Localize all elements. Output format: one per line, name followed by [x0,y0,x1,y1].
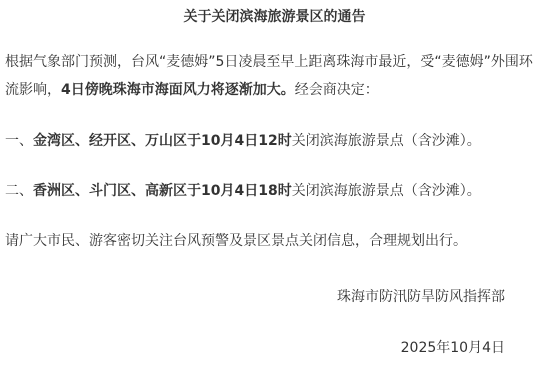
item-1-bold-text: 金湾区、经开区、万山区于10月4日12时 [33,133,292,149]
item-2-text: 关闭滨海旅游景点（含沙滩）。 [292,183,481,199]
notice-item-1: 一、金湾区、经开区、万山区于10月4日12时关闭滨海旅游景点（含沙滩）。 [5,127,535,155]
item-2-bold-text: 香洲区、斗门区、高新区于10月4日18时 [33,183,292,199]
notice-advice-paragraph: 请广大市民、游客密切关注台风预警及景区景点关闭信息，合理规划出行。 [5,227,535,255]
issuing-organization: 珠海市防汛防旱防风指挥部 [337,287,505,307]
intro-bold-text: 4日傍晚珠海市海面风力将逐渐加大。 [61,82,295,98]
item-1-prefix: 一、 [5,133,33,149]
notice-title: 关于关闭滨海旅游景区的通告 [0,7,549,27]
notice-item-2: 二、香洲区、斗门区、高新区于10月4日18时关闭滨海旅游景点（含沙滩）。 [5,177,535,205]
item-1-text: 关闭滨海旅游景点（含沙滩）。 [292,133,481,149]
item-2-prefix: 二、 [5,183,33,199]
intro-decision-text: 经会商决定： [295,82,379,98]
notice-intro-paragraph: 根据气象部门预测，台风“麦德姆”5日凌晨至早上距离珠海市最近，受“麦德姆”外围环… [5,48,535,104]
issue-date: 2025年10月4日 [401,338,505,358]
